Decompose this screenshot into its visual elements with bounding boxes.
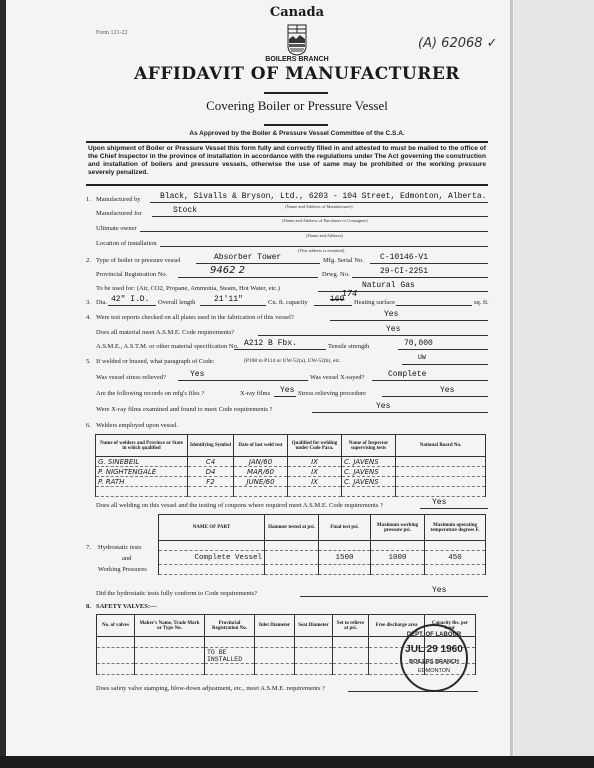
table-cell[interactable]	[97, 648, 135, 664]
field-line	[108, 305, 156, 306]
field-line	[234, 349, 326, 350]
table-cell[interactable]	[255, 664, 295, 675]
column-header: Date of last weld test	[234, 435, 288, 457]
column-header: Maximum working pressure psi.	[371, 515, 425, 541]
field-label: To be used for: (Air, CO2, Propane, Ammo…	[96, 285, 280, 292]
field-line	[258, 335, 488, 336]
field-label: Type of boiler or pressure vessel	[96, 257, 181, 264]
welders-table: Name of welders and Province or State in…	[95, 434, 486, 497]
column-header: NAME OF PART	[159, 515, 265, 541]
manufactured-for-value[interactable]: Stock	[173, 206, 197, 215]
field-hint: (P108 to P114 or UW-52(a), UW-52(b), etc…	[244, 358, 341, 364]
table-cell[interactable]	[371, 565, 425, 575]
coat-of-arms-icon	[285, 24, 309, 56]
column-header: Maker's Name, Trade Mark or Type No.	[135, 615, 205, 637]
table-cell[interactable]	[265, 551, 319, 565]
column-header: Qualified for welding under Code Para.	[288, 435, 342, 457]
table-cell[interactable]	[265, 541, 319, 551]
table-cell[interactable]	[396, 487, 486, 497]
table-cell[interactable]	[425, 541, 486, 551]
unit-label: sq. ft.	[474, 299, 489, 306]
table-cell[interactable]	[96, 487, 188, 497]
branch-heading: BOILERS BRANCH	[0, 56, 594, 63]
section-label: SAFETY VALVES:—	[96, 603, 157, 610]
field-label: Location of installation	[96, 240, 157, 247]
table-cell[interactable]	[295, 637, 333, 648]
table-cell[interactable]	[295, 648, 333, 664]
section-number: 3.	[86, 299, 91, 306]
table-cell[interactable]	[255, 648, 295, 664]
section-number: 8.	[86, 603, 91, 610]
table-cell[interactable]	[159, 565, 265, 575]
table-cell[interactable]	[396, 457, 486, 467]
column-header: Identifying Symbol	[188, 435, 234, 457]
table-cell[interactable]: F2	[188, 477, 234, 487]
material-spec-value[interactable]: A212 B Fbx.	[244, 339, 297, 348]
field-line	[150, 202, 488, 203]
field-line	[274, 396, 296, 397]
field-label: Was vessel stress relieved?	[96, 374, 166, 381]
field-label: Ultimate owner	[96, 225, 137, 232]
field-label: Mfg. Serial No.	[323, 257, 364, 264]
table-cell[interactable]	[188, 487, 234, 497]
column-header: Maximum operating temperature degrees F.	[425, 515, 486, 541]
table-row: P. RATHF2JUNE/60IXC. JAVENS	[96, 477, 486, 487]
field-line	[314, 305, 352, 306]
stamping-field[interactable]	[348, 691, 478, 692]
table-cell[interactable]	[135, 637, 205, 648]
test-reports-value[interactable]: Yes	[384, 310, 398, 319]
field-label: Does all material meet A.S.M.E. Code req…	[96, 329, 234, 336]
section-number: 4.	[86, 314, 91, 321]
field-line	[402, 364, 488, 365]
stamp-date: JUL 29 1960	[402, 644, 466, 655]
table-row	[159, 541, 486, 551]
field-caption: (Name and Address of Purchaser or Consig…	[282, 218, 368, 223]
table-cell[interactable]: 450	[425, 551, 486, 565]
table-cell[interactable]: JUNE/60	[234, 477, 288, 487]
xray-films-value[interactable]: Yes	[280, 386, 294, 395]
table-cell[interactable]	[97, 664, 135, 675]
table-cell[interactable]	[319, 565, 371, 575]
table-cell[interactable]: C. JAVENS	[342, 467, 396, 477]
length-value[interactable]: 21'11"	[214, 295, 243, 304]
field-line	[312, 412, 488, 413]
column-header: Provincial Registration No.	[205, 615, 255, 637]
field-line	[352, 277, 488, 278]
document-subtitle: Covering Boiler or Pressure Vessel	[0, 98, 594, 114]
field-label: Overall length	[158, 299, 195, 306]
table-cell[interactable]: IX	[288, 467, 342, 477]
field-line	[178, 380, 308, 381]
table-cell[interactable]: C4	[188, 457, 234, 467]
material-value[interactable]: Yes	[386, 325, 400, 334]
stamp-department: DEPT. OF LABOUR	[402, 632, 466, 638]
hydrostatic-table: NAME OF PART Hammer tested at psi. Final…	[158, 514, 486, 575]
column-header: Inlet Diameter	[255, 615, 295, 637]
table-row: Complete Vessel15001000450	[159, 551, 486, 565]
welding-code-value[interactable]: Yes	[432, 498, 446, 507]
scan-edge-bottom	[0, 756, 594, 768]
field-line	[372, 380, 488, 381]
table-cell[interactable]: C. JAVENS	[342, 457, 396, 467]
table-cell[interactable]	[371, 541, 425, 551]
section-label: Welders employed upon vessel.	[96, 422, 178, 429]
stress-procedure-value[interactable]: Yes	[440, 386, 454, 395]
field-caption: (Name and Address of Manufacturer)	[285, 204, 352, 209]
column-header: Final test psi.	[319, 515, 371, 541]
heating-surface-field[interactable]	[396, 305, 472, 306]
field-line	[420, 508, 488, 509]
table-cell[interactable]	[396, 467, 486, 477]
table-cell[interactable]	[205, 637, 255, 648]
table-cell[interactable]	[333, 637, 369, 648]
field-label: Were X-ray films examined and found to m…	[96, 406, 272, 413]
field-label: Provincial Registration No.	[96, 271, 167, 278]
field-line	[152, 216, 488, 217]
table-cell[interactable]: 1500	[319, 551, 371, 565]
table-cell[interactable]	[396, 477, 486, 487]
serial-number-value[interactable]: C-10146-V1	[380, 253, 428, 262]
field-caption: (Name and Address)	[306, 233, 343, 238]
section-number: 1.	[86, 196, 91, 203]
table-cell[interactable]: MAR/60	[234, 467, 288, 477]
divider	[264, 124, 328, 126]
field-label: Stress relieving procedure	[298, 390, 366, 397]
field-label: Does all welding on this vessel and the …	[96, 502, 383, 509]
stress-relieved-value[interactable]: Yes	[190, 370, 204, 379]
field-line	[330, 320, 488, 321]
field-line	[178, 277, 318, 278]
field-label: If welded or brazed, what paragraph of C…	[96, 358, 214, 365]
field-label: Cu. ft. capacity	[268, 299, 308, 306]
field-line	[398, 349, 488, 350]
diameter-value[interactable]: 42" I.D.	[111, 295, 149, 304]
table-cell[interactable]	[234, 487, 288, 497]
column-header: Seat Diameter	[295, 615, 333, 637]
reference-number: (A) 62068 ✓	[418, 36, 498, 51]
column-header: Hammer tested at psi.	[265, 515, 319, 541]
section-number: 2.	[86, 257, 91, 264]
table-row	[96, 487, 486, 497]
table-cell[interactable]: D4	[188, 467, 234, 477]
section-label: and	[122, 555, 131, 562]
xrayed-value[interactable]: Complete	[388, 370, 426, 379]
table-cell[interactable]	[319, 541, 371, 551]
table-cell[interactable]: IX	[288, 457, 342, 467]
table-cell[interactable]: P. NIGHTENGALE	[96, 467, 188, 477]
table-cell[interactable]: TO BE INSTALLED	[205, 648, 255, 664]
table-cell[interactable]	[97, 637, 135, 648]
hydrostatic-conform-value[interactable]: Yes	[432, 586, 446, 595]
field-label: Tensile strength	[328, 343, 369, 350]
column-header: No. of valves	[97, 615, 135, 637]
country-heading: Canada	[0, 5, 594, 20]
table-cell[interactable]	[205, 664, 255, 675]
form-number: Form 121-22	[96, 30, 128, 36]
divider	[86, 184, 488, 186]
field-label: Manufactured by	[96, 196, 141, 203]
field-caption: (This address is essential)	[298, 248, 344, 253]
tensile-strength-value[interactable]: 70,000	[404, 339, 433, 348]
field-line	[382, 396, 488, 397]
table-cell[interactable]	[333, 664, 369, 675]
table-cell[interactable]: Complete Vessel	[159, 551, 265, 565]
table-cell[interactable]: P. RATH	[96, 477, 188, 487]
table-cell[interactable]: JAN/60	[234, 457, 288, 467]
table-cell[interactable]	[135, 664, 205, 675]
section-number: 5.	[86, 358, 91, 365]
stamp-city: EDMONTON	[402, 668, 466, 674]
stamp-branch: BOILERS BRANCH	[402, 659, 466, 665]
field-label: X-ray films	[240, 390, 270, 397]
received-stamp: DEPT. OF LABOUR JUL 29 1960 BOILERS BRAN…	[400, 624, 468, 692]
field-line	[200, 305, 266, 306]
document-title: AFFIDAVIT OF MANUFACTURER	[0, 64, 594, 84]
section-number: 7.	[86, 544, 91, 551]
location-field[interactable]	[160, 246, 488, 247]
code-paragraph-value[interactable]: UW	[418, 354, 426, 361]
drawing-number-value[interactable]: 29-CI-2251	[380, 267, 428, 276]
section-number: 6.	[86, 422, 91, 429]
table-row	[159, 565, 486, 575]
field-line	[300, 596, 488, 597]
field-line	[370, 263, 488, 264]
section-label: Working Pressures	[98, 566, 147, 573]
table-row: G. SINEBEILC4JAN/60IXC. JAVENS	[96, 457, 486, 467]
table-cell[interactable]: C. JAVENS	[342, 477, 396, 487]
column-header: Name of welders and Province or State in…	[96, 435, 188, 457]
field-label: Did the hydrostatic tests fully conform …	[96, 590, 257, 597]
owner-field[interactable]	[140, 231, 488, 232]
table-cell[interactable]: 1000	[371, 551, 425, 565]
vessel-type-value[interactable]: Absorber Tower	[214, 253, 281, 262]
registration-number-value[interactable]: 9462 2	[210, 265, 245, 276]
field-label: Manufactured for	[96, 210, 142, 217]
table-cell[interactable]	[295, 664, 333, 675]
column-header: Name of Inspector supervising tests	[342, 435, 396, 457]
shipment-notice: Upon shipment of Boiler or Pressure Vess…	[88, 145, 486, 177]
field-label: Does safety valve stamping, blow-down ad…	[96, 685, 325, 692]
films-examined-value[interactable]: Yes	[376, 402, 390, 411]
approval-note: As Approved by the Boiler & Pressure Ves…	[0, 130, 594, 137]
table-cell[interactable]	[265, 565, 319, 575]
field-label: Are the following records on mfg's files…	[96, 390, 204, 397]
field-label: A.S.M.E., A.S.T.M. or other material spe…	[96, 343, 239, 350]
table-row: P. NIGHTENGALED4MAR/60IXC. JAVENS	[96, 467, 486, 477]
capacity-correction: 174	[342, 289, 357, 298]
field-line	[196, 263, 320, 264]
table-cell[interactable]	[288, 487, 342, 497]
table-cell[interactable]	[159, 541, 265, 551]
manufactured-by-value[interactable]: Black, Sivalls & Bryson, Ltd., 6203 - 10…	[160, 192, 486, 201]
column-header: Set to relieve at psi.	[333, 615, 369, 637]
column-header: National Board No.	[396, 435, 486, 457]
field-label: Drwg. No.	[322, 271, 350, 278]
intended-use-value[interactable]: Natural Gas	[362, 281, 415, 290]
field-label: Were test reports checked on all plates …	[96, 314, 294, 321]
table-cell[interactable]	[255, 637, 295, 648]
divider	[264, 92, 328, 94]
table-cell[interactable]	[425, 565, 486, 575]
field-label: Heating surface	[354, 299, 395, 306]
field-label: Was vessel X-rayed?	[310, 374, 364, 381]
divider	[86, 141, 488, 143]
table-cell[interactable]	[342, 487, 396, 497]
field-label: Dia.	[96, 299, 107, 306]
table-cell[interactable]	[135, 648, 205, 664]
section-label: Hydrostatic tests	[98, 544, 142, 551]
table-cell[interactable]: IX	[288, 477, 342, 487]
table-cell[interactable]: G. SINEBEIL	[96, 457, 188, 467]
table-cell[interactable]	[333, 648, 369, 664]
